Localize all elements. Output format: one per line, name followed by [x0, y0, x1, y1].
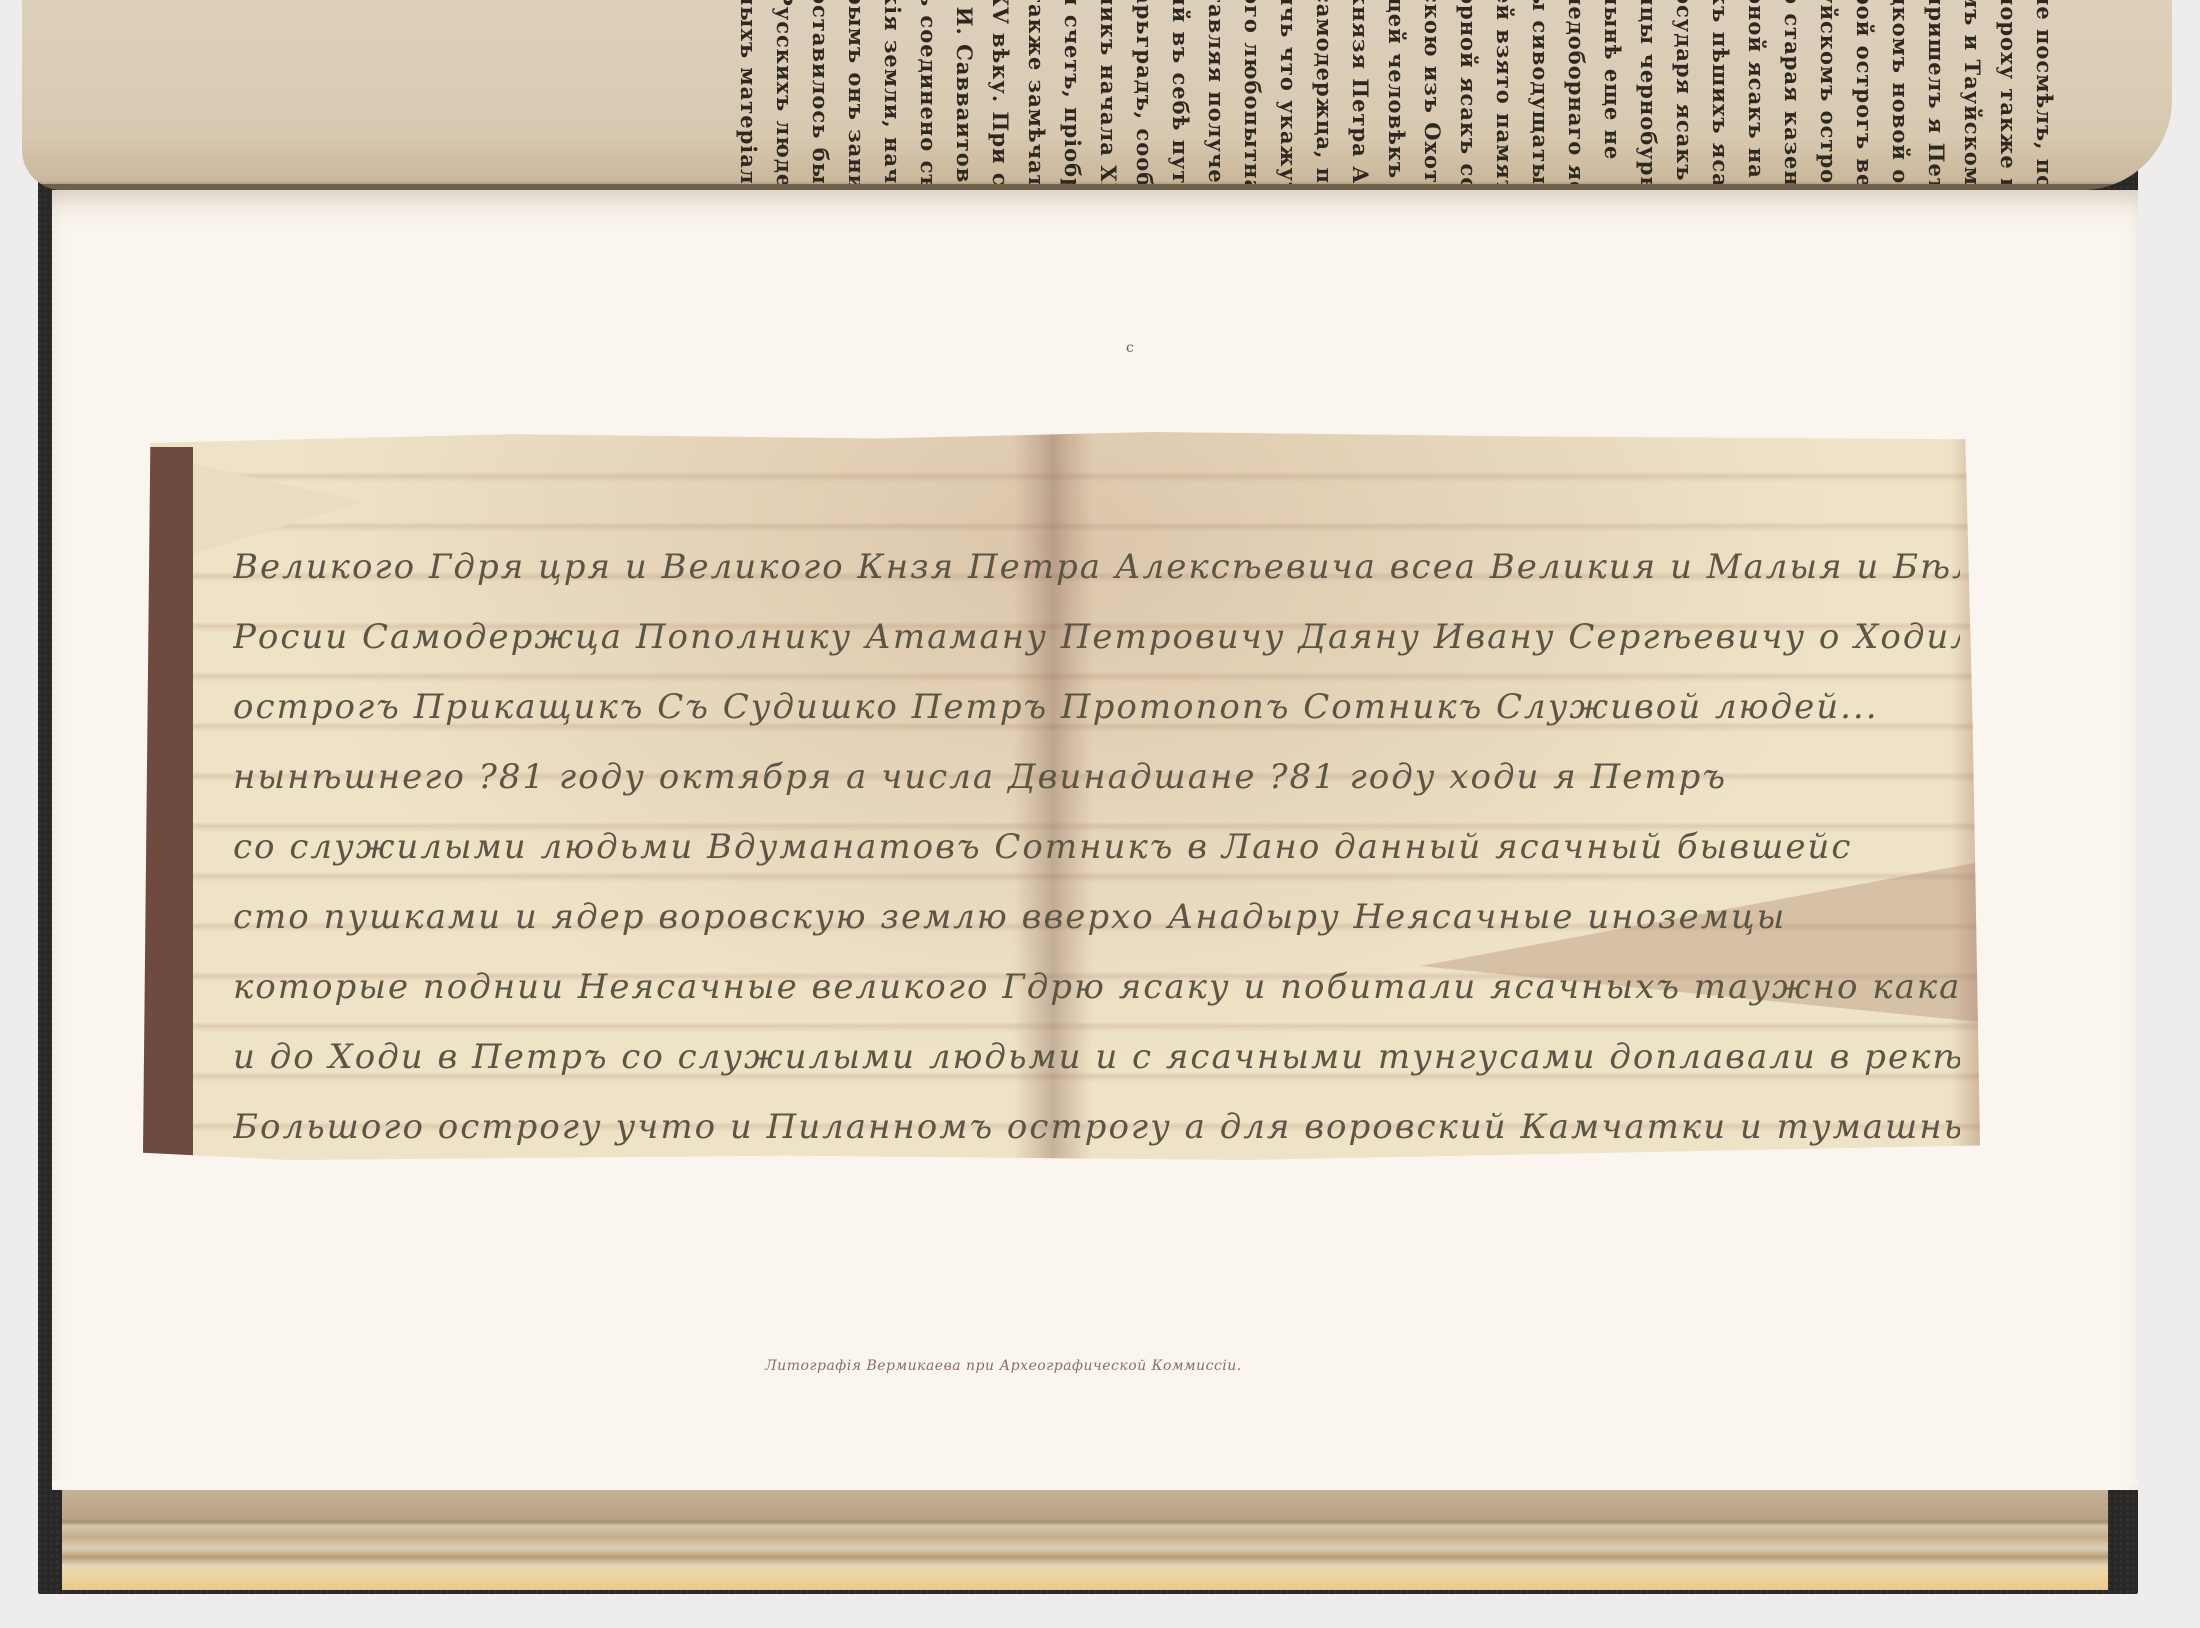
- printed-line: ы сиводущатые, да: [1522, 0, 1558, 190]
- printed-line: къ пѣшихъ ясачныхъ: [1702, 0, 1738, 190]
- printed-line: Русскихъ людей въ: [766, 0, 802, 190]
- printed-line: пороху также пошло: [1990, 0, 2026, 190]
- manuscript-line: нынѣшнего ?81 году октября а числа Двина…: [233, 742, 1960, 812]
- manuscript-line: Великого Гдря цря и Великого Кнзя Петра …: [233, 532, 1960, 602]
- curled-printed-page[interactable]: не посмѣлъ, потому что пороху также пошл…: [22, 0, 2172, 190]
- printed-line: арьградъ, сообщилъ: [1126, 0, 1162, 190]
- printed-line: ий въ себѣ путеше-: [1162, 0, 1198, 190]
- printed-line: не посмѣлъ, потому что: [2026, 0, 2062, 190]
- manuscript-line: со служилыми людьми Вдуманатовъ Сотникъ …: [233, 812, 1960, 882]
- printed-line: уйскомъ острогѣ постро: [1810, 0, 1846, 190]
- plate-top-mark: c: [1126, 340, 1134, 356]
- printed-line: ныхъ матеріаломъ въ: [730, 0, 766, 190]
- printed-line: XV вѣку. При семъ: [982, 0, 1018, 190]
- printed-line: ичь что укажутъ?): [1270, 0, 1306, 190]
- printed-line: рой острогъ весь разо: [1846, 0, 1882, 190]
- printed-line: мъ и Тауйскомъ на: [1954, 0, 1990, 190]
- printed-line: рымъ онъ занимается: [838, 0, 874, 190]
- manuscript-facsimile: Великого Гдря цря и Великого Кнзя Петра …: [143, 432, 1980, 1160]
- printed-line: тавляя полученный: [1198, 0, 1234, 190]
- printed-line: князя Петра Алексѣе-: [1342, 0, 1378, 190]
- printed-line: самодержца, полномо: [1306, 0, 1342, 190]
- manuscript-dark-band: [143, 447, 193, 1160]
- manuscript-line: которые поднии Неясачные великого Гдрю я…: [233, 952, 1960, 1022]
- printed-line: ого любопытнаго: [1234, 0, 1270, 190]
- printed-line: цкомъ новой острогъ: [1882, 0, 1918, 190]
- manuscript-line: острогъ Прикащикъ Съ Судишко Петръ Прото…: [233, 672, 1960, 742]
- manuscript-line: и до Ходи в Петръ со служилыми людьми и …: [233, 1022, 1960, 1092]
- printed-line: осударя ясакъ собрать: [1666, 0, 1702, 190]
- printed-line: недобoрнаго ясака: [1558, 0, 1594, 190]
- plate-caption: Литографія Вермикаева при Археографическ…: [765, 1358, 1565, 1374]
- printed-line: также замѣчателенъ: [1018, 0, 1054, 190]
- printed-line: . И. Савваитовымъ: [946, 0, 982, 190]
- book-page-edges: [62, 1480, 2108, 1590]
- manuscript-text: Великого Гдря цря и Великого Кнзя Петра …: [233, 532, 1960, 1162]
- printed-line: ицы чернобурыя въ: [1630, 0, 1666, 190]
- printed-text-block: не посмѣлъ, потому что пороху также пошл…: [412, 0, 2062, 180]
- printed-page-shadow: [22, 184, 2172, 190]
- manuscript-line: Росии Самодержца Пополнику Атаману Петро…: [233, 602, 1960, 672]
- printed-line: кія земли, начиная съ: [874, 0, 910, 190]
- printed-line: скою изъ Охотцкого: [1414, 0, 1450, 190]
- printed-line: пришелъ я Петръ: [1918, 0, 1954, 190]
- printed-line: о старая казенка: [1774, 0, 1810, 190]
- printed-line: оставилось бы отдѣ-: [802, 0, 838, 190]
- printed-line: щей человѣкъ Дѣла: [1378, 0, 1414, 190]
- printed-line: ей взято памятей въ: [1486, 0, 1522, 190]
- printed-line: нынѣ еще не: [1594, 0, 1630, 190]
- printed-line: орной ясакъ собрать: [1450, 0, 1486, 190]
- printed-line: оной ясакъ на нынѣ: [1738, 0, 1774, 190]
- printed-line: никъ начала XIII: [1090, 0, 1126, 190]
- printed-line: ъ соединено съ дру-: [910, 0, 946, 190]
- printed-line: я счетъ, пріобрѣтенный: [1054, 0, 1090, 190]
- manuscript-line: сто пушками и ядер воровскую землю вверх…: [233, 882, 1960, 952]
